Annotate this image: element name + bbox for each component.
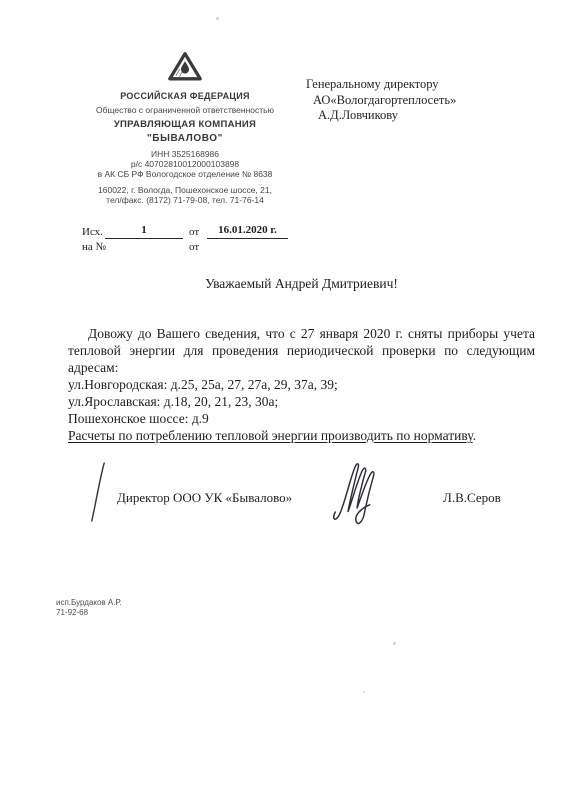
scan-speck [363, 691, 365, 693]
address-line: ул.Ярославская: д.18, 20, 21, 23, 30а; [68, 393, 535, 410]
recipient-person: А.Д.Ловчикову [306, 108, 456, 124]
recipient-company: АО«Вологдагортеплосеть» [306, 93, 456, 109]
body-paragraph: Довожу до Вашего сведения, что с 27 янва… [68, 325, 535, 376]
company-logo-icon [38, 50, 332, 82]
letterhead: РОССИЙСКАЯ ФЕДЕРАЦИЯ Общество с ограниче… [38, 50, 332, 206]
executor-phone: 71-92-68 [56, 608, 122, 618]
normative-note: Расчеты по потреблению тепловой энергии … [68, 427, 535, 444]
incoming-from-label: от [189, 241, 199, 253]
recipient-position: Генеральному директору [306, 77, 456, 93]
outgoing-label: Исх. [82, 226, 103, 238]
salutation: Уважаемый Андрей Дмитриевич! [68, 276, 535, 292]
scan-speck [393, 642, 396, 645]
contact-details: 160022, г. Вологда, Пошехонское шоссе, 2… [38, 186, 332, 206]
pen-stroke-icon [88, 461, 108, 528]
normative-note-text: Расчеты по потреблению тепловой энергии … [68, 428, 473, 443]
signer-name: Л.В.Серов [443, 490, 501, 506]
outgoing-number: 1 [105, 224, 183, 239]
letter-body: Довожу до Вашего сведения, что с 27 янва… [68, 325, 535, 444]
signer-title: Директор ООО УК «Бывалово» [117, 490, 292, 506]
bank-details: ИНН 3525168986 р/с 40702810012000103898 … [38, 150, 332, 179]
org-name-quoted: "БЫВАЛОВО" [38, 133, 332, 144]
outgoing-date: 16.01.2020 г. [207, 224, 288, 239]
recipient-block: Генеральному директору АО«Вологдагортепл… [306, 77, 456, 124]
incoming-label: на № [82, 241, 106, 253]
outgoing-from-label: от [189, 226, 199, 238]
address-line: Пошехонское шоссе: д.9 [68, 410, 535, 427]
address-line: ул.Новгородская: д.25, 25а, 27, 27а, 29,… [68, 376, 535, 393]
org-type: Общество с ограниченной ответственностью [38, 105, 332, 115]
executor-block: исп.Бурдаков А.Р. 71-92-68 [56, 598, 122, 617]
phone-fax: тел/факс. (8172) 71-79-08, тел. 71-76-14 [38, 196, 332, 206]
scanned-letter-page: РОССИЙСКАЯ ФЕДЕРАЦИЯ Общество с ограниче… [0, 0, 566, 800]
executor-name: исп.Бурдаков А.Р. [56, 598, 122, 608]
bank-name: в АК СБ РФ Вологодское отделение № 8638 [38, 170, 332, 180]
country-name: РОССИЙСКАЯ ФЕДЕРАЦИЯ [38, 91, 332, 101]
scan-speck [216, 17, 219, 20]
signature-autograph-icon [328, 457, 386, 534]
org-name: УПРАВЛЯЮЩАЯ КОМПАНИЯ [38, 119, 332, 130]
normative-note-period: . [473, 428, 476, 443]
